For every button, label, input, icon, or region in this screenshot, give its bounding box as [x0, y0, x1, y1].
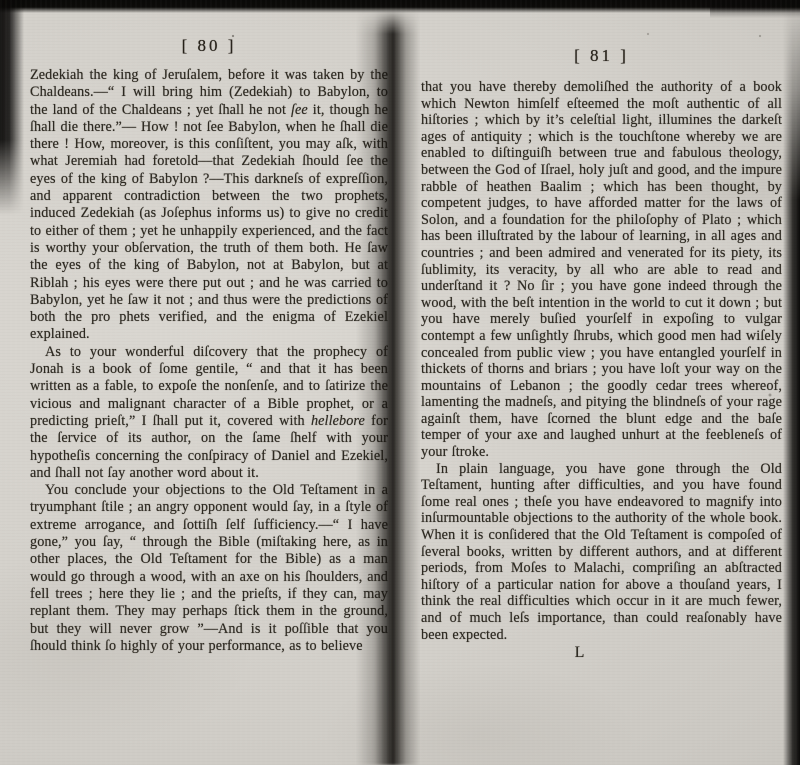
page-80-header: [ 80 ] — [30, 36, 388, 56]
left-edge-shadow — [0, 0, 24, 215]
page-80-body: Zedekiah the king of Jeruſalem, before i… — [30, 67, 388, 655]
signature-mark: L — [399, 644, 760, 662]
paragraph: As to your wonderful diſcovery that the … — [30, 344, 388, 482]
paragraph: Zedekiah the king of Jeruſalem, before i… — [30, 67, 388, 344]
page-81: [ 81 ] that you have thereby demoliſhed … — [421, 12, 782, 662]
page-81-body: that you have thereby demoliſhed the aut… — [421, 79, 782, 643]
paragraph: You conclude your objections to the Old … — [30, 482, 388, 655]
right-edge-shadow — [783, 0, 800, 765]
paragraph: that you have thereby demoliſhed the aut… — [421, 79, 782, 461]
paragraph: In plain language, you have gone through… — [421, 461, 782, 644]
page-81-header: [ 81 ] — [421, 46, 782, 66]
page-80: [ 80 ] Zedekiah the king of Jeruſalem, b… — [30, 12, 388, 655]
book-scan: [ 80 ] Zedekiah the king of Jeruſalem, b… — [0, 0, 800, 765]
